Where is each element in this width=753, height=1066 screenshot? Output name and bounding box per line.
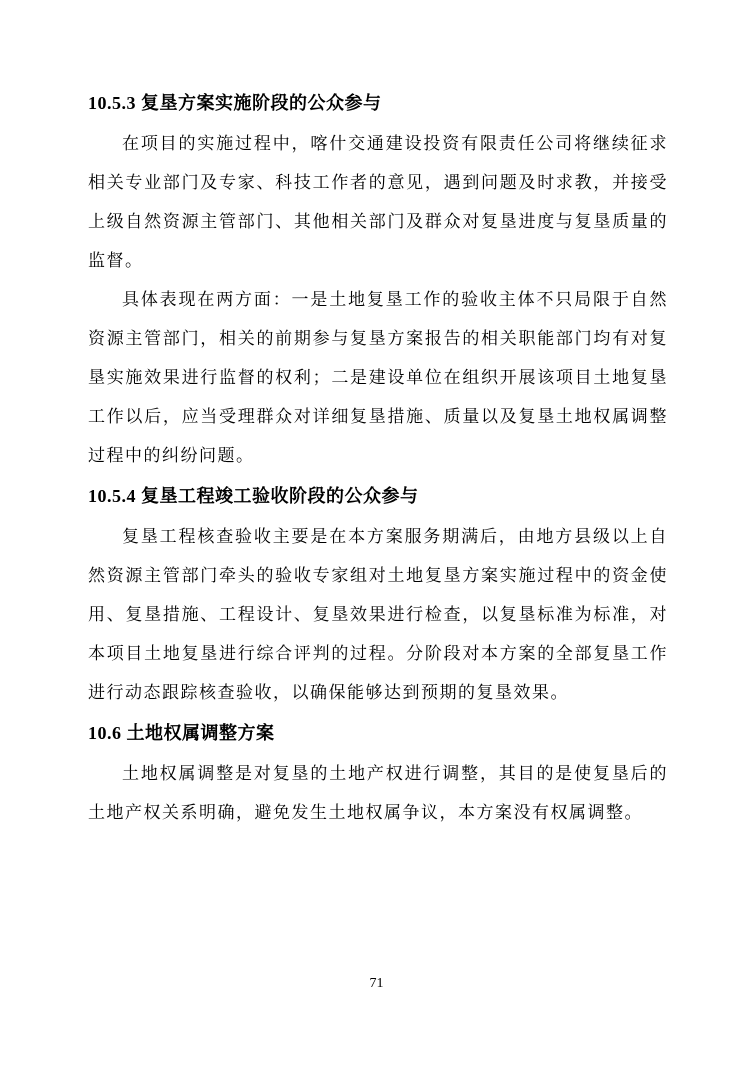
section-heading-10-6: 10.6 土地权属调整方案	[88, 712, 668, 754]
page-footer: 71	[0, 974, 753, 992]
section-heading-10-5-3: 10.5.3 复垦方案实施阶段的公众参与	[88, 82, 668, 124]
section-10-5-4: 10.5.4 复垦工程竣工验收阶段的公众参与 复垦工程核查验收主要是在本方案服务…	[88, 475, 668, 712]
paragraph: 具体表现在两方面：一是土地复垦工作的验收主体不只局限于自然资源主管部门，相关的前…	[88, 280, 668, 475]
paragraph: 土地权属调整是对复垦的土地产权进行调整，其目的是使复垦后的土地产权关系明确，避免…	[88, 754, 668, 832]
page-number: 71	[370, 976, 384, 991]
document-page: 10.5.3 复垦方案实施阶段的公众参与 在项目的实施过程中，喀什交通建设投资有…	[0, 0, 753, 1066]
paragraph: 在项目的实施过程中，喀什交通建设投资有限责任公司将继续征求相关专业部门及专家、科…	[88, 124, 668, 280]
section-10-5-3: 10.5.3 复垦方案实施阶段的公众参与 在项目的实施过程中，喀什交通建设投资有…	[88, 82, 668, 475]
section-10-6: 10.6 土地权属调整方案 土地权属调整是对复垦的土地产权进行调整，其目的是使复…	[88, 712, 668, 832]
paragraph: 复垦工程核查验收主要是在本方案服务期满后，由地方县级以上自然资源主管部门牵头的验…	[88, 517, 668, 712]
document-content: 10.5.3 复垦方案实施阶段的公众参与 在项目的实施过程中，喀什交通建设投资有…	[88, 82, 668, 832]
section-heading-10-5-4: 10.5.4 复垦工程竣工验收阶段的公众参与	[88, 475, 668, 517]
